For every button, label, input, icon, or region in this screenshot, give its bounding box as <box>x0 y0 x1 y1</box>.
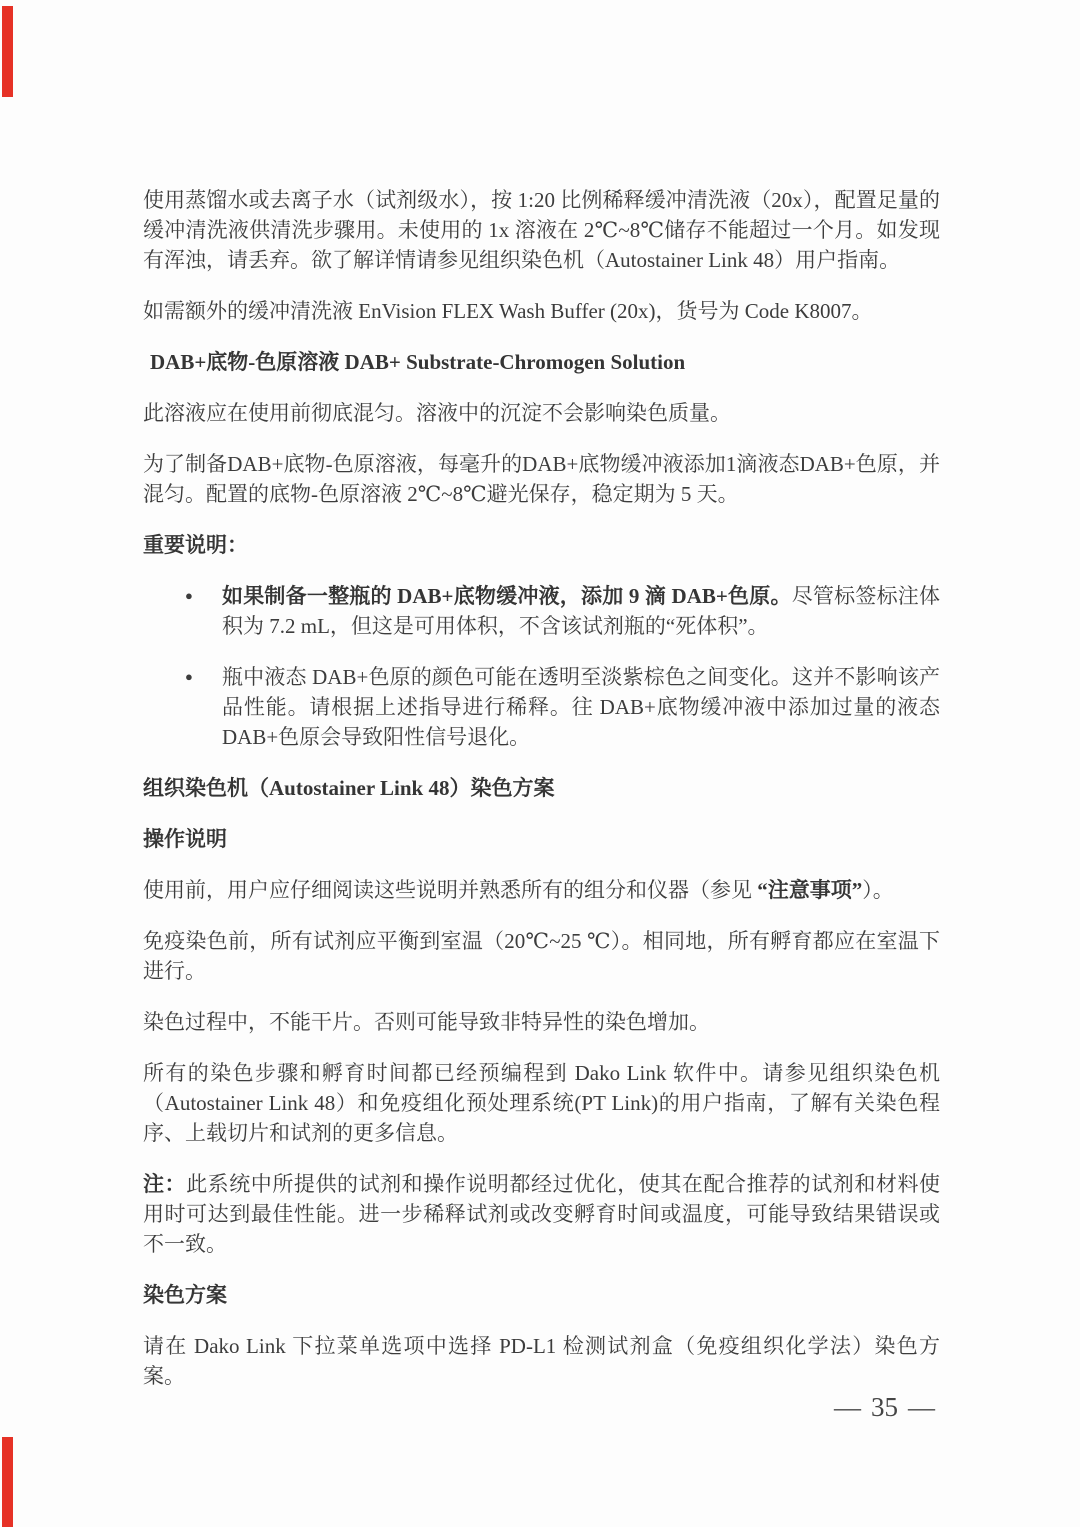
paragraph-read-before-use: 使用前，用户应仔细阅读这些说明并熟悉所有的组分和仪器（参见 “注意事项”）。 <box>143 875 940 905</box>
heading-staining-protocol: 染色方案 <box>143 1280 940 1310</box>
paragraph-extra-wash-buffer: 如需额外的缓冲清洗液 EnVision FLEX Wash Buffer (20… <box>143 296 940 326</box>
document-page: 使用蒸馏水或去离子水（试剂级水），按 1:20 比例稀释缓冲清洗液（20x），配… <box>0 0 1080 1527</box>
footer-left-dash: — <box>834 1392 861 1422</box>
paragraph-optimization-note: 注：此系统中所提供的试剂和操作说明都经过优化，使其在配合推荐的试剂和材料使用时可… <box>143 1169 940 1259</box>
paragraph-no-drying: 染色过程中，不能干片。否则可能导致非特异性的染色增加。 <box>143 1007 940 1037</box>
page-number: 35 <box>871 1392 898 1422</box>
heading-important-note: 重要说明： <box>143 530 940 560</box>
note-body: 此系统中所提供的试剂和操作说明都经过优化，使其在配合推荐的试剂和材料使用时可达到… <box>143 1172 940 1256</box>
read-before-use-precautions-bold: “注意事项” <box>757 878 862 902</box>
heading-operating-instructions: 操作说明 <box>143 824 940 854</box>
read-before-use-post: ）。 <box>862 878 894 902</box>
bullet-text-full-bottle: 如果制备一整瓶的 DAB+底物缓冲液，添加 9 滴 DAB+色原。尽管标签标注体… <box>222 581 940 641</box>
paragraph-mix-before-use: 此溶液应在使用前彻底混匀。溶液中的沉淀不会影响染色质量。 <box>143 398 940 428</box>
heading-dab-substrate-chromogen-solution: DAB+底物-色原溶液 DAB+ Substrate-Chromogen Sol… <box>143 347 940 377</box>
bullet-text-chromogen-color: 瓶中液态 DAB+色原的颜色可能在透明至淡紫棕色之间变化。这并不影响该产品性能。… <box>222 662 940 752</box>
paragraph-dab-preparation: 为了制备DAB+底物-色原溶液，每毫升的DAB+底物缓冲液添加1滴液态DAB+色… <box>143 449 940 509</box>
red-edge-mark-bottom <box>2 1437 13 1527</box>
bullet-icon: ● <box>185 662 222 752</box>
paragraph-dako-link-software: 所有的染色步骤和孵育时间都已经预编程到 Dako Link 软件中。请参见组织染… <box>143 1058 940 1148</box>
bullet-icon: ● <box>185 581 222 641</box>
page-number-footer: —35— <box>834 1392 935 1422</box>
bullet-item-full-bottle: ● 如果制备一整瓶的 DAB+底物缓冲液，添加 9 滴 DAB+色原。尽管标签标… <box>143 581 940 641</box>
paragraph-dako-link-dropdown: 请在 Dako Link 下拉菜单选项中选择 PD-L1 检测试剂盒（免疫组织化… <box>143 1331 940 1391</box>
footer-right-dash: — <box>908 1392 935 1422</box>
red-edge-mark-top <box>2 6 13 97</box>
document-content: 使用蒸馏水或去离子水（试剂级水），按 1:20 比例稀释缓冲清洗液（20x），配… <box>143 185 940 1412</box>
read-before-use-pre: 使用前，用户应仔细阅读这些说明并熟悉所有的组分和仪器（参见 <box>143 878 757 902</box>
paragraph-wash-buffer-dilution: 使用蒸馏水或去离子水（试剂级水），按 1:20 比例稀释缓冲清洗液（20x），配… <box>143 185 940 275</box>
bullet-item-chromogen-color: ● 瓶中液态 DAB+色原的颜色可能在透明至淡紫棕色之间变化。这并不影响该产品性… <box>143 662 940 752</box>
paragraph-room-temperature: 免疫染色前，所有试剂应平衡到室温（20℃~25 ℃）。相同地，所有孵育都应在室温… <box>143 926 940 986</box>
note-label-bold: 注： <box>143 1172 186 1196</box>
bullet-full-bottle-bold-run: 如果制备一整瓶的 DAB+底物缓冲液，添加 9 滴 DAB+色原。 <box>222 584 792 608</box>
heading-autostainer-protocol: 组织染色机（Autostainer Link 48）染色方案 <box>143 773 940 803</box>
